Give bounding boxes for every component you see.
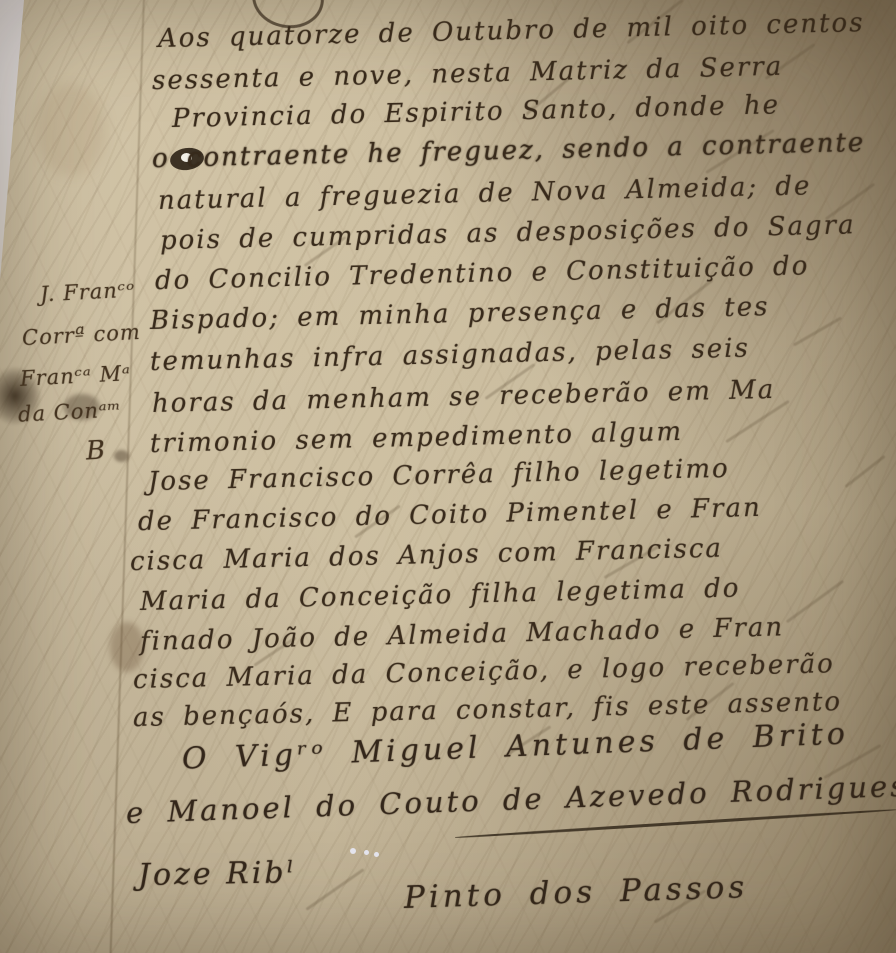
ghost-stroke: [786, 580, 844, 624]
margin-note-line: Franᶜᵃ Mᵃ: [19, 361, 131, 391]
margin-note-line: da Conᵃᵐ: [17, 397, 122, 426]
manuscript-line: temunhas infra assignadas, pelas seis: [150, 333, 750, 377]
manuscript-line: trimonio sem empedimento algum: [150, 417, 684, 459]
manuscript-line: natural a freguezia de Nova Almeida; de: [158, 171, 812, 216]
manuscript-line: o contraente he freguez, sendo a contrae…: [152, 128, 866, 174]
ghost-stroke: [844, 455, 885, 488]
manuscript-line: horas da menham se receberão em Ma: [152, 375, 776, 419]
manuscript-line: sessenta e nove, nesta Matriz da Serra: [152, 52, 784, 96]
ghost-stroke: [725, 400, 790, 443]
page-edge-background: [0, 0, 24, 280]
paper-stain: [36, 84, 106, 176]
ghost-stroke: [793, 316, 842, 346]
margin-note-line: J. Franᶜᵒ: [39, 278, 135, 307]
witness-signature: e Manoel do Couto de Azevedo Rodrigues: [125, 769, 896, 830]
ghost-stroke: [305, 868, 364, 911]
manuscript-line: Bispado; em minha presença e das tes: [150, 292, 770, 336]
manuscript-line: Maria da Conceição filha legetima do: [140, 573, 741, 617]
margin-note-line: B: [85, 435, 107, 466]
manuscript-line: do Concilio Tredentino e Constituição do: [155, 251, 810, 296]
paper-speck: [374, 852, 379, 857]
witness-signature: Joze Ribˡ: [138, 855, 297, 893]
ink-dot: [114, 450, 129, 462]
manuscript-line: Jose Francisco Corrêa filho legetimo: [148, 454, 730, 497]
paper-speck: [364, 850, 369, 855]
margin-note-line: Corrª com: [21, 320, 141, 350]
witness-signature: Pinto dos Passos: [403, 869, 748, 916]
manuscript-line: finado João de Almeida Machado e Fran: [140, 612, 785, 657]
manuscript-page-photo: J. Franᶜᵒ Corrª com Franᶜᵃ Mᵃ da Conᵃᵐ B…: [0, 0, 896, 953]
manuscript-line: pois de cumpridas as desposições do Sagr…: [160, 210, 856, 256]
manuscript-line: de Francisco do Coito Pimentel e Fran: [138, 493, 762, 537]
manuscript-line: Provincia do Espirito Santo, donde he: [172, 90, 781, 134]
paper-speck: [350, 848, 356, 854]
manuscript-line: cisca Maria da Conceição, e logo receber…: [133, 649, 835, 695]
manuscript-line: cisca Maria dos Anjos com Francisca: [130, 534, 724, 577]
